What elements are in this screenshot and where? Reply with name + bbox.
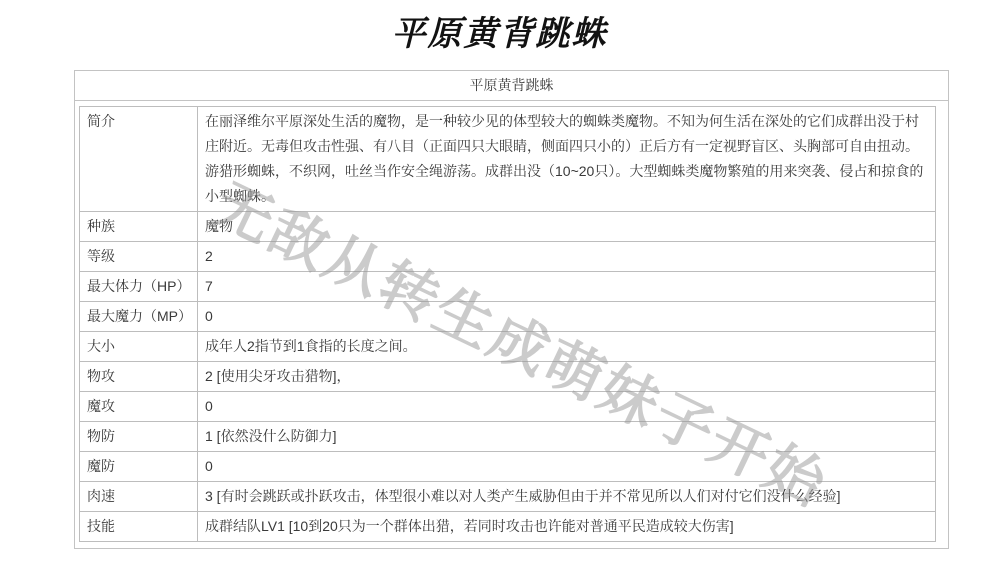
- row-label: 肉速: [80, 482, 198, 512]
- table-row: 技能 成群结队LV1 [10到20只为一个群体出猎，若同时攻击也许能对普通平民造…: [80, 512, 936, 542]
- row-label: 简介: [80, 107, 198, 212]
- row-label: 魔攻: [80, 392, 198, 422]
- row-value: 0: [198, 392, 936, 422]
- table-row: 最大魔力（MP） 0: [80, 302, 936, 332]
- row-label: 最大魔力（MP）: [80, 302, 198, 332]
- row-value: 成年人2指节到1食指的长度之间。: [198, 332, 936, 362]
- info-box-header: 平原黄背跳蛛: [75, 71, 948, 101]
- row-value: 1 [依然没什么防御力]: [198, 422, 936, 452]
- page: 平原黄背跳蛛 平原黄背跳蛛 简介 在丽泽维尔平原深处生活的魔物，是一种较少见的体…: [0, 0, 999, 583]
- row-label: 技能: [80, 512, 198, 542]
- row-label: 最大体力（HP）: [80, 272, 198, 302]
- row-label: 种族: [80, 212, 198, 242]
- row-value: 2: [198, 242, 936, 272]
- table-row: 魔攻 0: [80, 392, 936, 422]
- table-row: 大小 成年人2指节到1食指的长度之间。: [80, 332, 936, 362]
- row-value: 3 [有时会跳跃或扑跃攻击，体型很小难以对人类产生威胁但由于并不常见所以人们对付…: [198, 482, 936, 512]
- row-label: 魔防: [80, 452, 198, 482]
- row-value: 成群结队LV1 [10到20只为一个群体出猎，若同时攻击也许能对普通平民造成较大…: [198, 512, 936, 542]
- row-value: 0: [198, 452, 936, 482]
- monster-info-box: 平原黄背跳蛛 简介 在丽泽维尔平原深处生活的魔物，是一种较少见的体型较大的蜘蛛类…: [74, 70, 949, 549]
- table-row: 物攻 2 [使用尖牙攻击猎物]，: [80, 362, 936, 392]
- row-value: 2 [使用尖牙攻击猎物]，: [198, 362, 936, 392]
- info-box-body: 简介 在丽泽维尔平原深处生活的魔物，是一种较少见的体型较大的蜘蛛类魔物。不知为何…: [75, 101, 948, 548]
- table-row: 等级 2: [80, 242, 936, 272]
- row-value: 魔物: [198, 212, 936, 242]
- table-row: 物防 1 [依然没什么防御力]: [80, 422, 936, 452]
- table-row: 简介 在丽泽维尔平原深处生活的魔物，是一种较少见的体型较大的蜘蛛类魔物。不知为何…: [80, 107, 936, 212]
- stats-table: 简介 在丽泽维尔平原深处生活的魔物，是一种较少见的体型较大的蜘蛛类魔物。不知为何…: [79, 106, 936, 542]
- row-label: 物攻: [80, 362, 198, 392]
- page-title: 平原黄背跳蛛: [0, 6, 999, 55]
- table-row: 魔防 0: [80, 452, 936, 482]
- row-value: 在丽泽维尔平原深处生活的魔物，是一种较少见的体型较大的蜘蛛类魔物。不知为何生活在…: [198, 107, 936, 212]
- row-label: 大小: [80, 332, 198, 362]
- row-value: 7: [198, 272, 936, 302]
- row-label: 等级: [80, 242, 198, 272]
- table-row: 最大体力（HP） 7: [80, 272, 936, 302]
- table-row: 种族 魔物: [80, 212, 936, 242]
- table-row: 肉速 3 [有时会跳跃或扑跃攻击，体型很小难以对人类产生威胁但由于并不常见所以人…: [80, 482, 936, 512]
- row-label: 物防: [80, 422, 198, 452]
- row-value: 0: [198, 302, 936, 332]
